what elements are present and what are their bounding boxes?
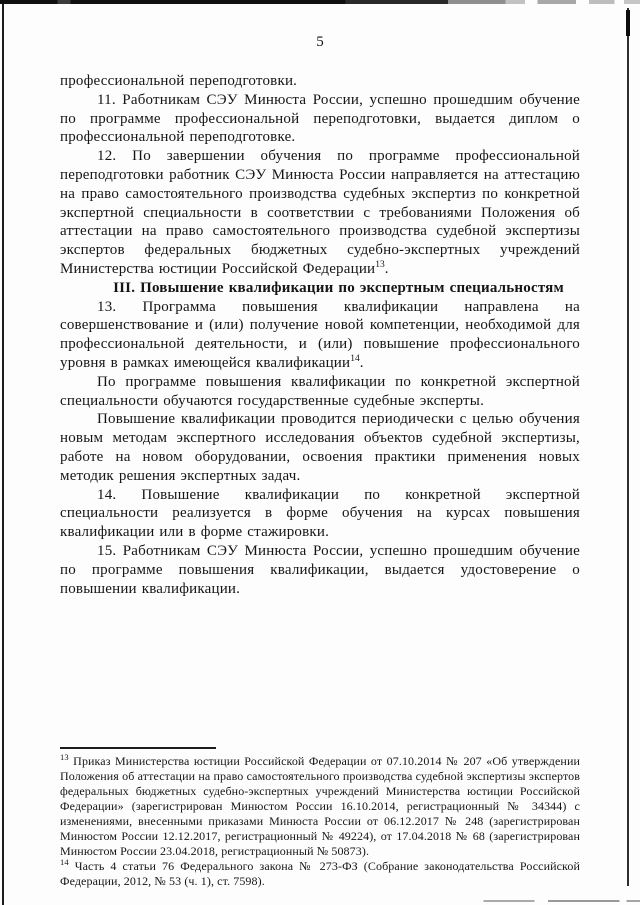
page-number: 5 xyxy=(60,33,580,51)
document-body: профессиональной переподготовки. 11. Раб… xyxy=(60,72,580,598)
paragraph-13-text: 13. Программа повышения квалификации нап… xyxy=(60,299,580,371)
footnote-14: 14 Часть 4 статьи 76 Федерального закона… xyxy=(60,859,580,889)
paragraph-14: 14. Повышение квалификации по конкретной… xyxy=(60,486,580,542)
footnote-13-text: Приказ Министерства юстиции Российской Ф… xyxy=(60,754,580,858)
paragraph-13: 13. Программа повышения квалификации нап… xyxy=(60,298,580,373)
footnote-13-marker: 13 xyxy=(60,752,69,762)
paragraph-12: 12. По завершении обучения по программе … xyxy=(60,147,580,279)
footnote-13: 13 Приказ Министерства юстиции Российско… xyxy=(60,754,580,859)
scan-edge-top xyxy=(0,0,640,4)
footnote-14-text: Часть 4 статьи 76 Федерального закона № … xyxy=(60,859,580,888)
section-heading: III. Повышение квалификации по экспертны… xyxy=(60,279,580,298)
document-page: 5 профессиональной переподготовки. 11. Р… xyxy=(0,0,640,905)
footnote-ref-13: 13 xyxy=(375,260,385,270)
scan-edge-right xyxy=(627,8,629,886)
footnote-14-marker: 14 xyxy=(60,857,69,867)
paragraph-continuation: профессиональной переподготовки. xyxy=(60,72,580,91)
footnotes-section: 13 Приказ Министерства юстиции Российско… xyxy=(60,747,580,889)
footnote-ref-14: 14 xyxy=(350,354,360,364)
paragraph-11: 11. Работникам СЭУ Минюста России, успеш… xyxy=(60,91,580,147)
paragraph-12-tail: . xyxy=(385,261,389,277)
paragraph-15: 15. Работникам СЭУ Минюста России, успеш… xyxy=(60,542,580,598)
scan-edge-left xyxy=(2,4,4,905)
scan-edge-bottom xyxy=(470,900,640,902)
scan-edge-right-cap xyxy=(626,10,630,36)
paragraph-13-second: По программе повышения квалификации по к… xyxy=(60,373,580,411)
footnote-separator xyxy=(60,747,216,749)
paragraph-13-tail: . xyxy=(360,355,364,371)
paragraph-13-third: Повышение квалификации проводится период… xyxy=(60,410,580,485)
paragraph-12-text: 12. По завершении обучения по программе … xyxy=(60,148,580,277)
